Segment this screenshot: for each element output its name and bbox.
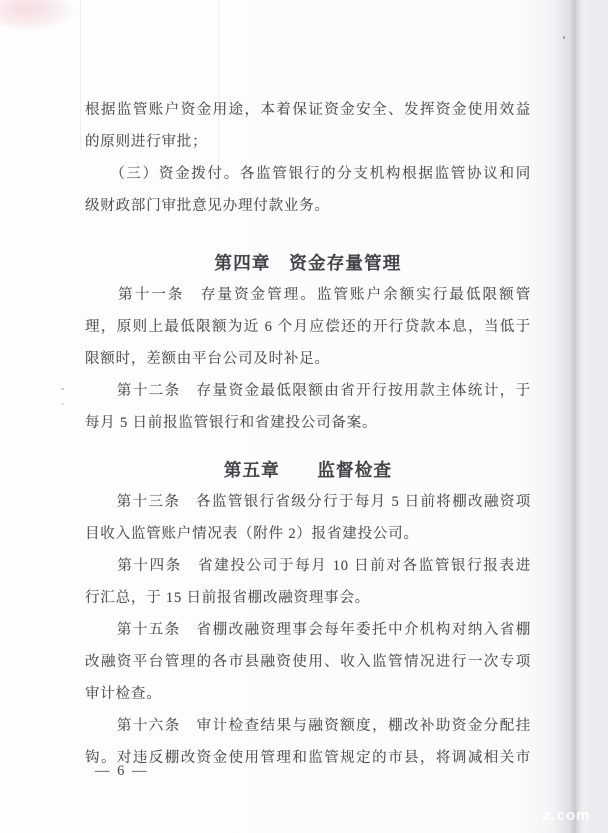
body-text-line: 根据监管账户资金用途，本着保证资金安全、发挥资金使用效益 — [85, 94, 531, 126]
scan-watermark: z.com — [543, 806, 608, 828]
body-text-line: 级财政部门审批意见办理付款业务。 — [85, 190, 531, 222]
body-text-line: 第十三条 各监管银行省级分行于每月 5 日前将棚改融资项 — [85, 486, 531, 518]
body-text-line: 审计检查。 — [85, 678, 531, 710]
chapter-5-heading: 第五章 监督检查 — [85, 454, 531, 486]
page-number: — 6 — — [95, 763, 149, 780]
scan-ink-smudge — [0, 0, 73, 30]
page-content: 根据监管账户资金用途，本着保证资金安全、发挥资金使用效益 的原则进行审批； （三… — [85, 94, 531, 774]
scanned-document-page: { "document": { "body_lines": [ "根据监管账户资… — [0, 0, 608, 833]
scan-speck — [62, 403, 64, 405]
body-text-line: 改融资平台管理的各市县融资使用、收入监管情况进行一次专项 — [85, 646, 531, 678]
body-text-line: 每月 5 日前报监管银行和省建投公司备案。 — [85, 407, 531, 439]
body-text-line: 第十四条 省建投公司于每月 10 日前对各监管银行报表进 — [85, 550, 531, 582]
body-text-line: （三）资金拨付。各监管银行的分支机构根据监管协议和同 — [85, 158, 531, 190]
body-text-line: 的原则进行审批； — [85, 126, 531, 158]
body-text-line: 第十六条 审计检查结果与融资额度，棚改补助资金分配挂 — [85, 710, 531, 742]
body-text-line: 目收入监管账户情况表（附件 2）报省建投公司。 — [85, 518, 531, 550]
scanner-background-strip — [575, 0, 608, 833]
body-text-line: 第十一条 存量资金管理。监管账户余额实行最低限额管 — [85, 279, 531, 311]
body-text-line: 限额时，差额由平台公司及时补足。 — [85, 343, 531, 375]
body-text-line: 理，原则上最低限额为近 6 个月应偿还的开行贷款本息，当低于 — [85, 311, 531, 343]
body-text-line: 钩。对违反棚改资金使用管理和监管规定的市县，将调减相关市 — [85, 742, 531, 774]
chapter-4-heading: 第四章 资金存量管理 — [85, 247, 531, 279]
scan-crease — [80, 0, 81, 150]
body-text-line: 行汇总，于 15 日前报省棚改融资理事会。 — [85, 582, 531, 614]
body-text-line: 第十二条 存量资金最低限额由省开行按用款主体统计，于 — [85, 375, 531, 407]
scan-speck — [563, 36, 565, 39]
body-text-line: 第十五条 省棚改融资理事会每年委托中介机构对纳入省棚 — [85, 614, 531, 646]
scan-speck — [61, 388, 64, 390]
paper-sheet: 根据监管账户资金用途，本着保证资金安全、发挥资金使用效益 的原则进行审批； （三… — [0, 0, 575, 833]
